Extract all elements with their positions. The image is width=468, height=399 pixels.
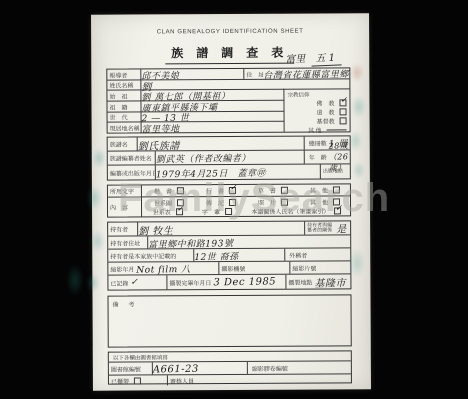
checkbox-item: 照 片 — [256, 197, 288, 206]
field-label: 現居地名稱 — [108, 122, 142, 132]
field-label: 總冊數 — [307, 138, 329, 147]
checkbox — [229, 198, 236, 205]
field-label: 年 齡 — [307, 152, 329, 161]
field-label: 族譜名 — [108, 137, 138, 150]
watermark-fragment-left-lower — [62, 248, 88, 312]
blank-line — [327, 129, 347, 130]
option-label: 字 輩 — [200, 207, 222, 216]
camera-number-cell: 攝影機號 — [219, 262, 290, 274]
field-label-stack: 持有者與編 纂者的關係 — [307, 223, 332, 233]
table-row: 已記錄 ✓ 攝製完畢年月日 3 Dec 1985 攝製地點 基隆市 — [108, 273, 350, 289]
relation-cell: 持有者與編 纂者的關係 是 — [304, 221, 350, 234]
checkbox — [340, 117, 347, 124]
checkbox-item: 行 書✓ — [204, 186, 236, 195]
field-label: 備 考 — [113, 299, 137, 308]
document-page: CLAN GENEALOGY IDENTIFICATION SHEET 族 譜 … — [91, 13, 371, 390]
checkmark: ✓ — [230, 183, 237, 192]
field-label: 祖 籍 — [107, 101, 141, 111]
field-label: 所用文字 — [108, 185, 142, 196]
field-label: 持有者住址 — [108, 236, 148, 248]
checkbox: ✓ — [229, 187, 236, 194]
option-label: 其 他 — [308, 197, 330, 206]
field-label: 縮影膠卷編號 — [250, 363, 290, 372]
genealogy-section: 族譜名 劉氏族譜 總冊數 1 冊 族譜編纂者姓名 劉武英（作者改編者） 年 齡 … — [107, 135, 351, 180]
field-value-handwritten: 富里等地 — [142, 119, 285, 134]
table-row: 縮影年月 Not film 八 攝影機號 縮影片號 — [108, 260, 350, 274]
form-header-english: CLAN GENEALOGY IDENTIFICATION SHEET — [91, 28, 369, 35]
table-row: 編纂或出版年月日 1979年4月25日 蓋章㊞ 出版地點 — [108, 163, 350, 179]
checkbox-item: 本譜關係人氏名（筆畫索引）✓ — [249, 206, 341, 215]
checkbox: ✓ — [334, 207, 341, 214]
field-label: 持有者是本家族中記載的 — [108, 249, 194, 261]
page-annotation-place: 富里 — [285, 54, 305, 66]
checkbox — [333, 186, 340, 193]
option-label: 世系圖 — [152, 198, 174, 207]
checkbox-item: 草 書 — [256, 186, 288, 195]
remarks-section: 備 考 — [107, 294, 351, 347]
field-label: 始 祖 — [107, 90, 141, 100]
holder-section: 持有者 劉 牧生 持有者與編 纂者的關係 是 持有者住址 富里鄉中和路193號 … — [107, 220, 351, 290]
form-title: 族 譜 調 查 表 — [165, 44, 294, 65]
field-label: 縮影片號 — [290, 263, 318, 272]
option-label: 道 教 — [314, 107, 336, 116]
field-label: 攝製地點 — [286, 277, 314, 286]
table-row: 族譜編纂者姓名 劉武英（作者改編者） 年 齡 28歲（26歲） — [108, 149, 350, 164]
option-label: 其 他 — [306, 126, 324, 135]
field-label: 縮影年月 — [108, 264, 136, 273]
table-row: 內 容 世系圖 傳 記 照 片 其 他 世系表✓ 字 輩 本譜關係人氏名（筆畫索… — [108, 195, 350, 216]
table-row: 持有者住址 富里鄉中和路193號 — [108, 234, 350, 248]
checkbox — [340, 108, 347, 115]
option-label: 佛 教 — [314, 98, 336, 107]
religion-option: 道 教 — [288, 107, 347, 116]
religion-option: 佛 教 ✓ — [287, 98, 346, 107]
field-label: 編纂或出版年月日 — [108, 165, 156, 179]
checkbox-items: 楷 書 行 書✓ 草 書 其 他 — [142, 185, 350, 195]
survey-place-cell: 攝製地點 基隆市 — [286, 274, 350, 289]
option-label: 楷 書 — [152, 186, 174, 195]
checkbox-items: 世系表✓ 字 輩 本譜關係人氏名（筆畫索引）✓ — [142, 206, 350, 216]
field-label: 已攝製 — [109, 376, 131, 385]
option-label: 照 片 — [256, 197, 278, 206]
checkbox-item: 楷 書 — [152, 186, 184, 195]
page-annotation: 富里 五 1 — [285, 48, 341, 65]
informant-section: 報導者 邱不美娘 住 址 台灣省花蓮縣富里鄉 姓氏名稱 劉 始 祖 劉 萬七郎（… — [106, 67, 350, 133]
table-row: 持有者是本家族中記載的 12世 裔孫 外稱者 — [108, 247, 350, 261]
table-row: 圖書館編號 A661-23 縮影膠卷編號 — [109, 360, 351, 374]
table-row: 已攝製 審核人員 — [109, 373, 351, 385]
field-label: 持有者 — [108, 222, 138, 235]
library-header: 以下各欄由圖書館填寫 — [109, 353, 168, 361]
field-label: 攝製完畢年月日 — [167, 278, 213, 287]
field-value-handwritten: 基隆市 — [314, 274, 346, 289]
table-row: 持有者 劉 牧生 持有者與編 纂者的關係 是 — [108, 221, 350, 235]
field-label: 審核人員 — [168, 376, 196, 385]
option-label: 草 書 — [256, 186, 278, 195]
publish-place-cell: 出版地點 — [320, 164, 350, 178]
film-date-cell: 縮影年月 Not film 八 — [108, 262, 219, 275]
checkbox — [281, 187, 288, 194]
checkmark: ✓ — [177, 204, 184, 213]
checkbox-item: 其 他 — [308, 185, 340, 194]
field-label: 世 代 — [108, 112, 142, 121]
filmed-checkbox-cell: 已攝製 — [109, 375, 168, 385]
checkbox — [281, 198, 288, 205]
contents-section: 所用文字 楷 書 行 書✓ 草 書 其 他 內 容 世系圖 傳 記 照 片 其 … — [107, 183, 351, 217]
checkmark: ✓ — [340, 95, 347, 104]
reviewer-cell: 審核人員 — [168, 375, 351, 385]
option-label: 其 他 — [308, 185, 330, 194]
option-label: 行 書 — [204, 186, 226, 195]
field-label: 纂者的關係 — [307, 228, 332, 233]
field-label: 出版地點 — [323, 169, 343, 174]
survey-date-cell: 攝製完畢年月日 3 Dec 1985 — [167, 275, 286, 290]
checkbox: ✓ — [339, 99, 346, 106]
field-value-handwritten: ✓ — [130, 277, 138, 287]
field-label: 圖書館編號 — [109, 362, 153, 374]
recorded-cell: 已記錄 ✓ — [108, 275, 167, 289]
field-label: 族譜編纂者姓名 — [108, 151, 156, 164]
other-name-cell: 外稱者 — [284, 248, 350, 260]
field-value-handwritten: Not film 八 — [136, 261, 190, 275]
field-label: 已記錄 — [108, 278, 130, 287]
checkbox-item: 傳 記 — [204, 197, 236, 206]
field-label: 攝影機號 — [219, 263, 247, 272]
film-roll-cell: 縮影膠卷編號 — [247, 361, 351, 374]
option-label: 傳 記 — [204, 198, 226, 207]
checkbox — [177, 187, 184, 194]
religion-option-other: 其 他 — [288, 125, 347, 134]
field-value-handwritten: 是 — [336, 220, 347, 235]
field-label: 報導者 — [107, 69, 141, 79]
checkbox-item: 世系表✓ — [151, 207, 183, 216]
field-value-handwritten: 3 Dec 1985 — [213, 276, 276, 288]
table-row: 現居地名稱 富里等地 — [108, 121, 285, 133]
table-row: 族譜名 劉氏族譜 總冊數 1 冊 — [108, 136, 350, 150]
library-section: 以下各欄由圖書館填寫 圖書館編號 A661-23 縮影膠卷編號 已攝製 審核人員 — [108, 350, 352, 384]
page-annotation-number: 五 1 — [311, 52, 341, 66]
religion-option: 基督教 — [288, 116, 347, 125]
checkbox-grid: 世系圖 傳 記 照 片 其 他 世系表✓ 字 輩 本譜關係人氏名（筆畫索引）✓ — [142, 197, 350, 216]
film-number-cell: 縮影片號 — [290, 263, 350, 272]
checkbox-item: 字 輩 — [200, 206, 232, 215]
religion-subsection: 宗教信仰 佛 教 ✓ 道 教 基督教 其 他 — [283, 88, 349, 131]
checkbox — [134, 377, 141, 384]
field-label: 外稱者 — [287, 250, 309, 259]
age-cell: 年 齡 28歲（26歲） — [304, 150, 350, 163]
option-label: 基督教 — [315, 116, 337, 125]
checkmark: ✓ — [335, 203, 342, 212]
field-label: 姓氏名稱 — [107, 80, 141, 89]
field-label: 內 容 — [108, 197, 142, 216]
option-label: 世系表 — [151, 207, 173, 216]
checkbox: ✓ — [176, 208, 183, 215]
checkbox — [225, 207, 232, 214]
option-label: 本譜關係人氏名（筆畫索引） — [249, 206, 331, 215]
microfilm-frame: CLAN GENEALOGY IDENTIFICATION SHEET 族 譜 … — [0, 0, 468, 399]
